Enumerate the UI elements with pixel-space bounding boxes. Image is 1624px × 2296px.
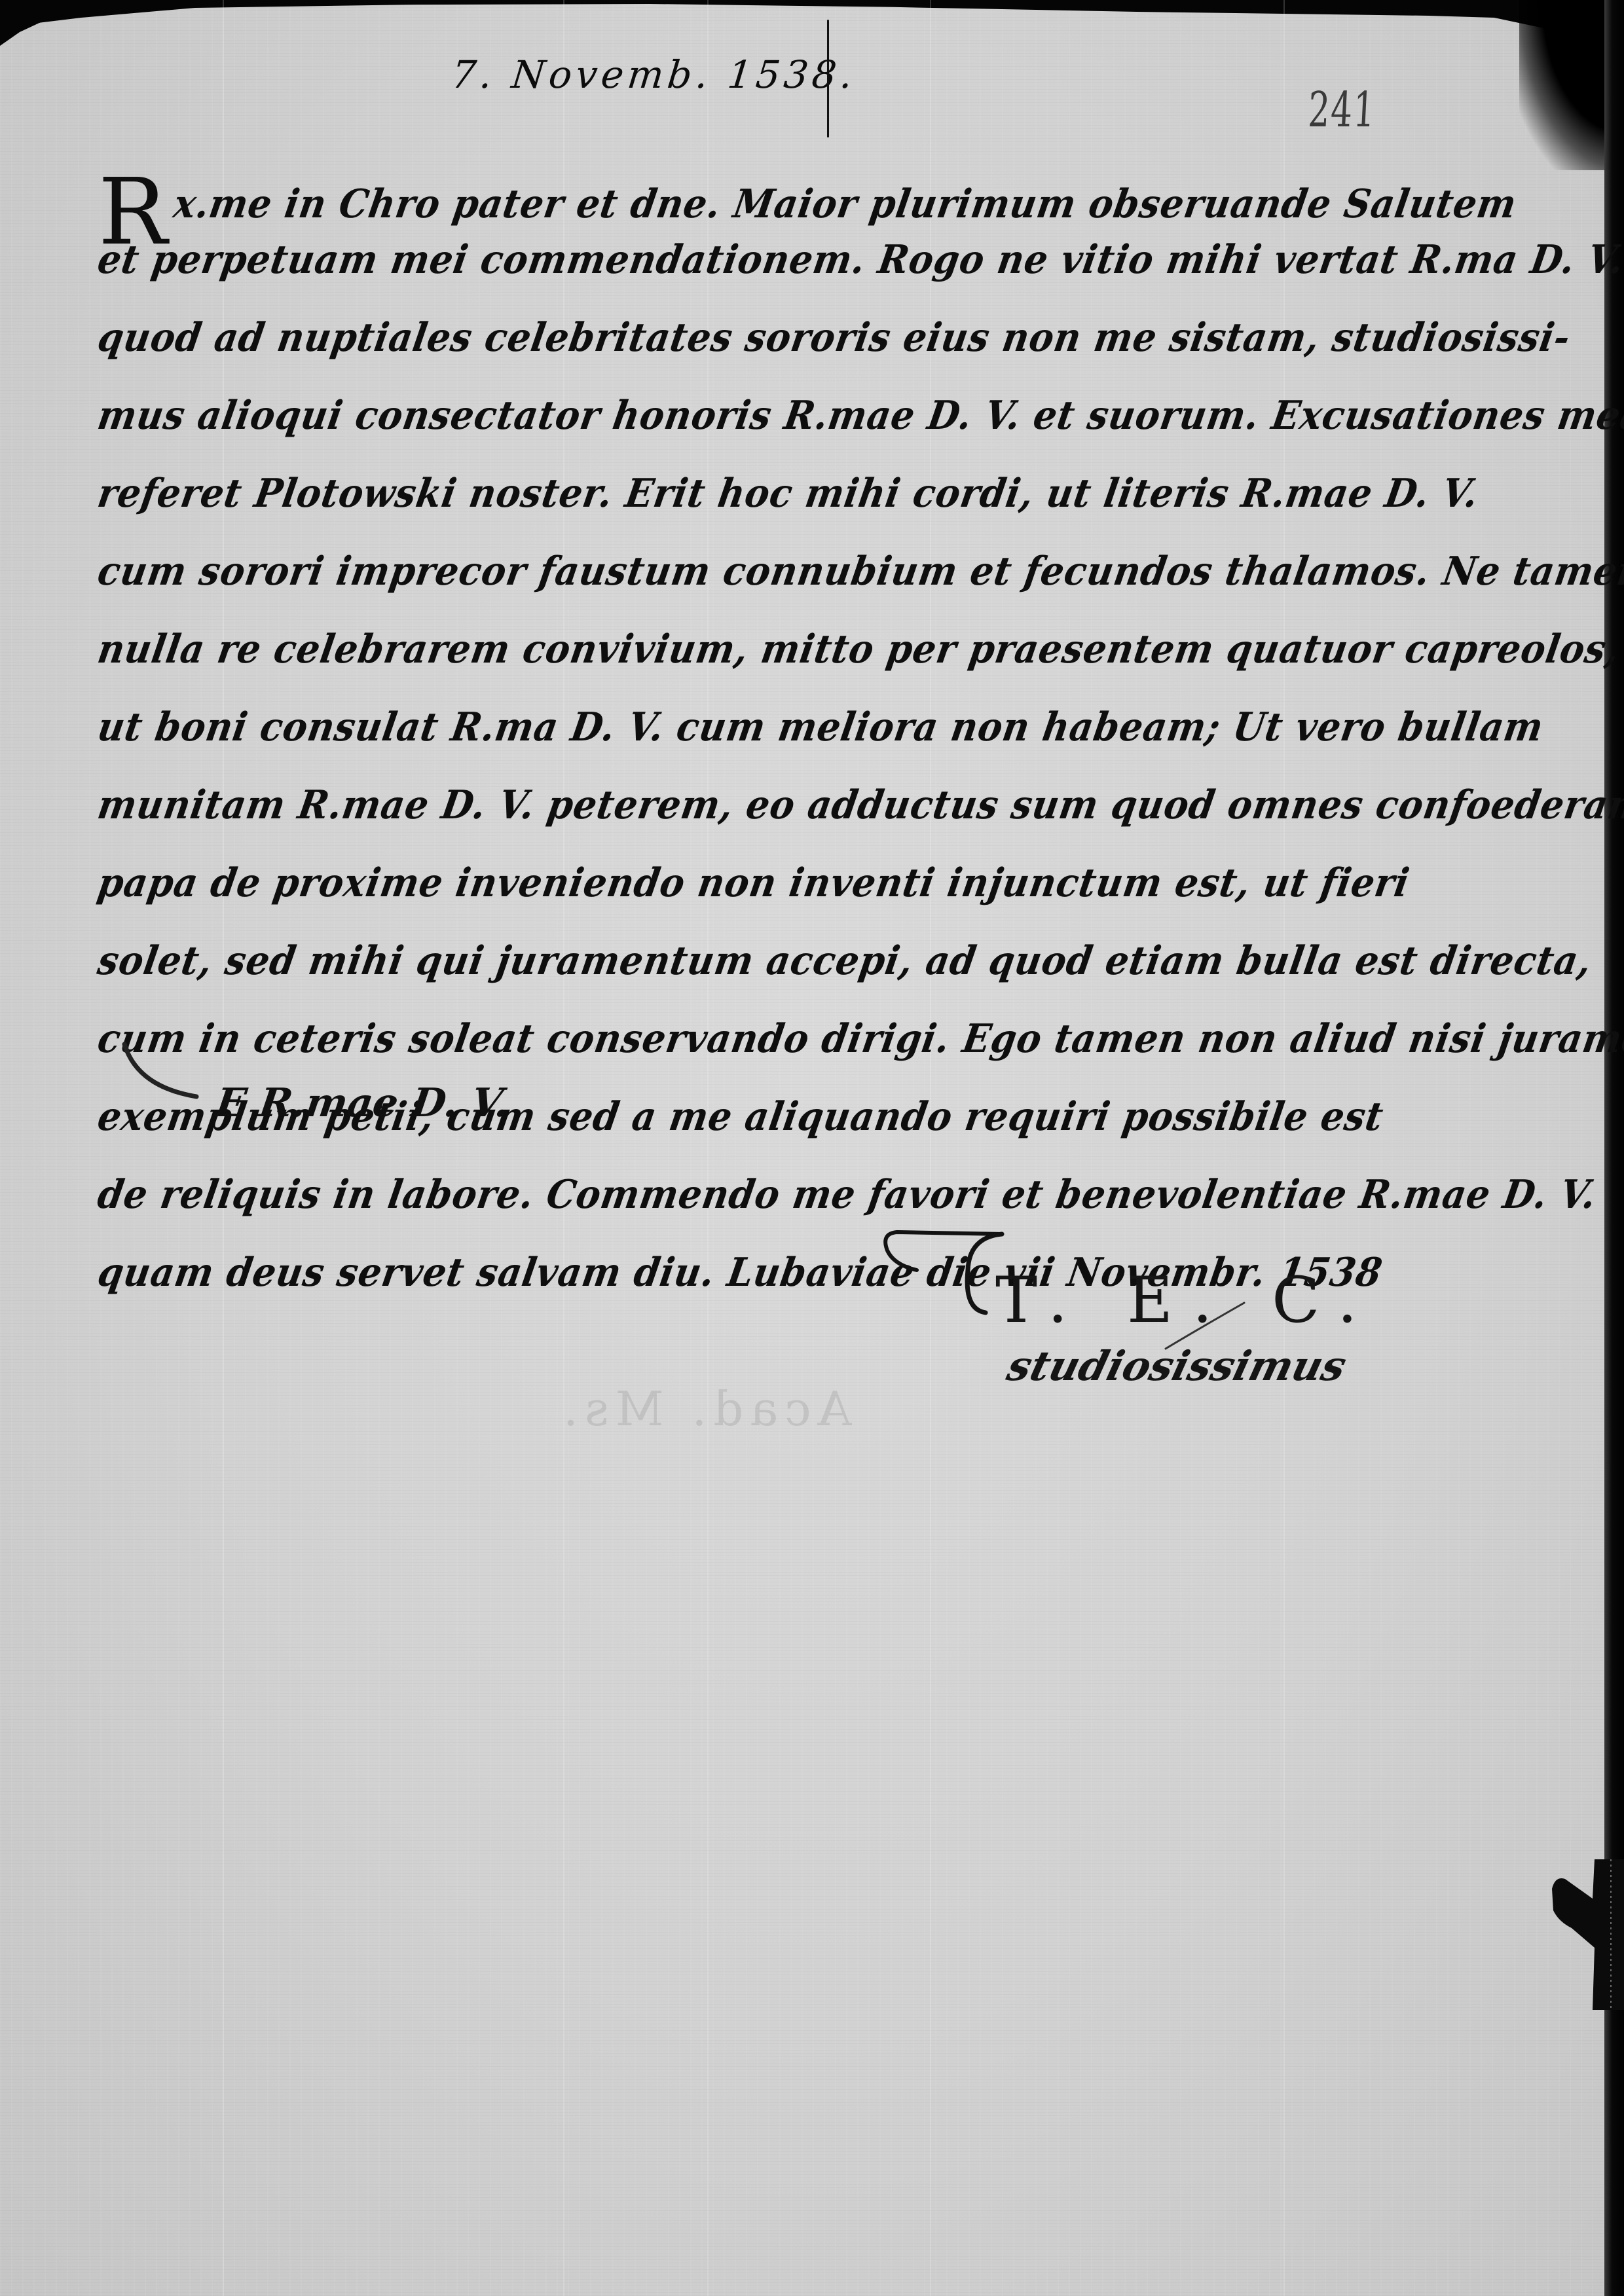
letter-line-text: cum sorori imprecor faustum connubium et… [94,549,1624,594]
scan-border-top [0,0,1624,39]
folio-number: 241 [1307,82,1377,138]
letter-line-5: referet Plotowski noster. Erit hoc mihi … [98,471,1572,549]
letter-line-2: et perpetuam mei commendationem. Rogo ne… [98,237,1572,315]
letter-line-text: munitam R.mae D. V. peterem, eo adductus… [94,782,1624,828]
letter-line-6: cum sorori imprecor faustum connubium et… [98,549,1572,627]
letter-line-text: de reliquis in labore. Commendo me favor… [94,1172,1600,1218]
signature-block: T. E. C. studiosissimus [877,1224,1414,1434]
header-rule-line [827,20,829,137]
letter-line-1: Rx.me in Chro pater et dne. Maior plurim… [98,167,1572,245]
scan-border-top-left [0,0,65,46]
bleed-through-text: Acad. Ms. [557,1381,852,1436]
letter-line-text: ut boni consulat R.ma D. V. cum meliora … [94,704,1547,750]
signature-initials: T. E. C. [995,1264,1377,1337]
letter-line-text: cum in ceteris soleat conservando dirigi… [94,1016,1624,1062]
letter-line-11: solet, sed mihi qui juramentum accepi, a… [98,938,1572,1016]
letter-line-text: mus alioqui consectator honoris R.mae D.… [94,393,1624,439]
letter-line-7: nulla re celebrarem convivium, mitto per… [98,627,1572,704]
letter-line-text: quod ad nuptiales celebritates sororis e… [94,315,1574,361]
letter-body: Rx.me in Chro pater et dne. Maior plurim… [98,167,1572,1328]
letter-line-4: mus alioqui consectator honoris R.mae D.… [98,393,1572,471]
binding-clip-icon [1513,1859,1624,2010]
closing-formula: E R.mae D. V. [213,1080,512,1126]
letter-line-text: referet Plotowski noster. Erit hoc mihi … [94,471,1481,517]
letter-line-10: papa de proxime inveniendo non inventi i… [98,860,1572,938]
letter-line-text: x.me in Chro pater et dne. Maior plurimu… [171,181,1521,227]
letter-line-8: ut boni consulat R.ma D. V. cum meliora … [98,704,1572,782]
letter-line-text: nulla re celebrarem convivium, mitto per… [94,627,1624,672]
letter-line-text: papa de proxime inveniendo non inventi i… [94,860,1412,906]
date-annotation: 7. Novemb. 1538. [449,52,858,97]
letter-line-3: quod ad nuptiales celebritates sororis e… [98,315,1572,393]
letter-line-text: et perpetuam mei commendationem. Rogo ne… [94,237,1624,283]
letter-line-9: munitam R.mae D. V. peterem, eo adductus… [98,782,1572,860]
signature-subscription: studiosissimus [1003,1342,1351,1390]
manuscript-page: Acad. Ms. · · · · · · · 7. Novemb. 1538.… [0,0,1624,2296]
letter-line-text: solet, sed mihi qui juramentum accepi, a… [94,938,1595,984]
